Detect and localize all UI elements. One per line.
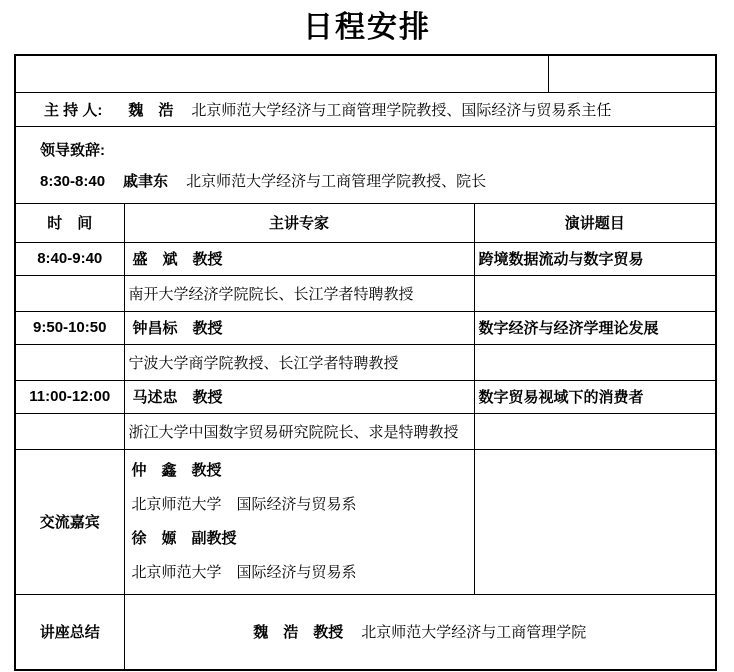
- empty-cell-right: [548, 55, 716, 92]
- summary-desc: 北京师范大学经济与工商管理学院: [361, 624, 586, 641]
- guest-affiliation: 北京师范大学 国际经济与贸易系: [132, 488, 474, 522]
- host-name: 魏 浩: [128, 102, 173, 119]
- guests-row: 交流嘉宾 仲 鑫 教授 北京师范大学 国际经济与贸易系 徐 嫄 副教授 北京师范…: [15, 449, 716, 594]
- empty-topic-cell: [474, 275, 716, 311]
- empty-topic-cell: [474, 413, 716, 449]
- session-row: 9:50-10:50 钟昌标 教授 数字经济与经济学理论发展: [15, 311, 716, 344]
- summary-speaker: 魏 浩 教授: [253, 624, 343, 641]
- host-row: 主 持 人:魏 浩北京师范大学经济与工商管理学院教授、国际经济与贸易系主任: [15, 92, 716, 126]
- guests-label: 交流嘉宾: [15, 449, 124, 594]
- header-topic: 演讲题目: [474, 203, 716, 242]
- table-header-row: 时 间 主讲专家 演讲题目: [15, 203, 716, 242]
- host-label: 主 持 人:: [44, 102, 102, 119]
- empty-time-cell: [15, 413, 124, 449]
- session-affiliation-row: 南开大学经济学院院长、长江学者特聘教授: [15, 275, 716, 311]
- guests-cell: 仲 鑫 教授 北京师范大学 国际经济与贸易系 徐 嫄 副教授 北京师范大学 国际…: [124, 449, 474, 594]
- page-title: 日程安排: [0, 2, 734, 46]
- session-affiliation: 南开大学经济学院院长、长江学者特聘教授: [124, 275, 474, 311]
- session-affiliation-row: 宁波大学商学院教授、长江学者特聘教授: [15, 344, 716, 380]
- session-time: 11:00-12:00: [15, 380, 124, 413]
- schedule-page: 日程安排 主 持 人:魏 浩北京师范大学经济与工商管理学院教授、国际经济与贸易系…: [0, 2, 734, 671]
- empty-time-cell: [15, 275, 124, 311]
- session-speaker: 钟昌标 教授: [124, 311, 474, 344]
- opening-row: 领导致辞: 8:30-8:40戚聿东北京师范大学经济与工商管理学院教授、院长: [15, 126, 716, 203]
- session-row: 11:00-12:00 马述忠 教授 数字贸易视域下的消费者: [15, 380, 716, 413]
- empty-topic-cell: [474, 344, 716, 380]
- session-affiliation: 宁波大学商学院教授、长江学者特聘教授: [124, 344, 474, 380]
- opening-speaker-desc: 北京师范大学经济与工商管理学院教授、院长: [186, 173, 486, 190]
- empty-top-row: [15, 55, 716, 92]
- session-row: 8:40-9:40 盛 斌 教授 跨境数据流动与数字贸易: [15, 242, 716, 275]
- host-desc: 北京师范大学经济与工商管理学院教授、国际经济与贸易系主任: [191, 102, 611, 119]
- session-time: 8:40-9:40: [15, 242, 124, 275]
- schedule-table: 主 持 人:魏 浩北京师范大学经济与工商管理学院教授、国际经济与贸易系主任 领导…: [14, 54, 717, 671]
- summary-row: 讲座总结 魏 浩 教授北京师范大学经济与工商管理学院: [15, 594, 716, 670]
- opening-label: 领导致辞:: [40, 139, 715, 160]
- empty-cell-left: [15, 55, 548, 92]
- session-topic: 数字经济与经济学理论发展: [474, 311, 716, 344]
- session-speaker: 马述忠 教授: [124, 380, 474, 413]
- host-cell: 主 持 人:魏 浩北京师范大学经济与工商管理学院教授、国际经济与贸易系主任: [15, 92, 716, 126]
- session-topic: 跨境数据流动与数字贸易: [474, 242, 716, 275]
- opening-time: 8:30-8:40: [40, 173, 105, 190]
- opening-cell: 领导致辞: 8:30-8:40戚聿东北京师范大学经济与工商管理学院教授、院长: [15, 126, 716, 203]
- session-speaker: 盛 斌 教授: [124, 242, 474, 275]
- guest-name: 徐 嫄 副教授: [132, 522, 474, 556]
- opening-speaker-name: 戚聿东: [123, 173, 168, 190]
- empty-topic-cell: [474, 449, 716, 594]
- header-time: 时 间: [15, 203, 124, 242]
- session-time: 9:50-10:50: [15, 311, 124, 344]
- session-affiliation-row: 浙江大学中国数字贸易研究院院长、求是特聘教授: [15, 413, 716, 449]
- header-speaker: 主讲专家: [124, 203, 474, 242]
- summary-cell: 魏 浩 教授北京师范大学经济与工商管理学院: [124, 594, 716, 670]
- empty-time-cell: [15, 344, 124, 380]
- summary-label: 讲座总结: [15, 594, 124, 670]
- guest-affiliation: 北京师范大学 国际经济与贸易系: [132, 556, 474, 590]
- guest-name: 仲 鑫 教授: [132, 454, 474, 488]
- session-topic: 数字贸易视域下的消费者: [474, 380, 716, 413]
- session-affiliation: 浙江大学中国数字贸易研究院院长、求是特聘教授: [124, 413, 474, 449]
